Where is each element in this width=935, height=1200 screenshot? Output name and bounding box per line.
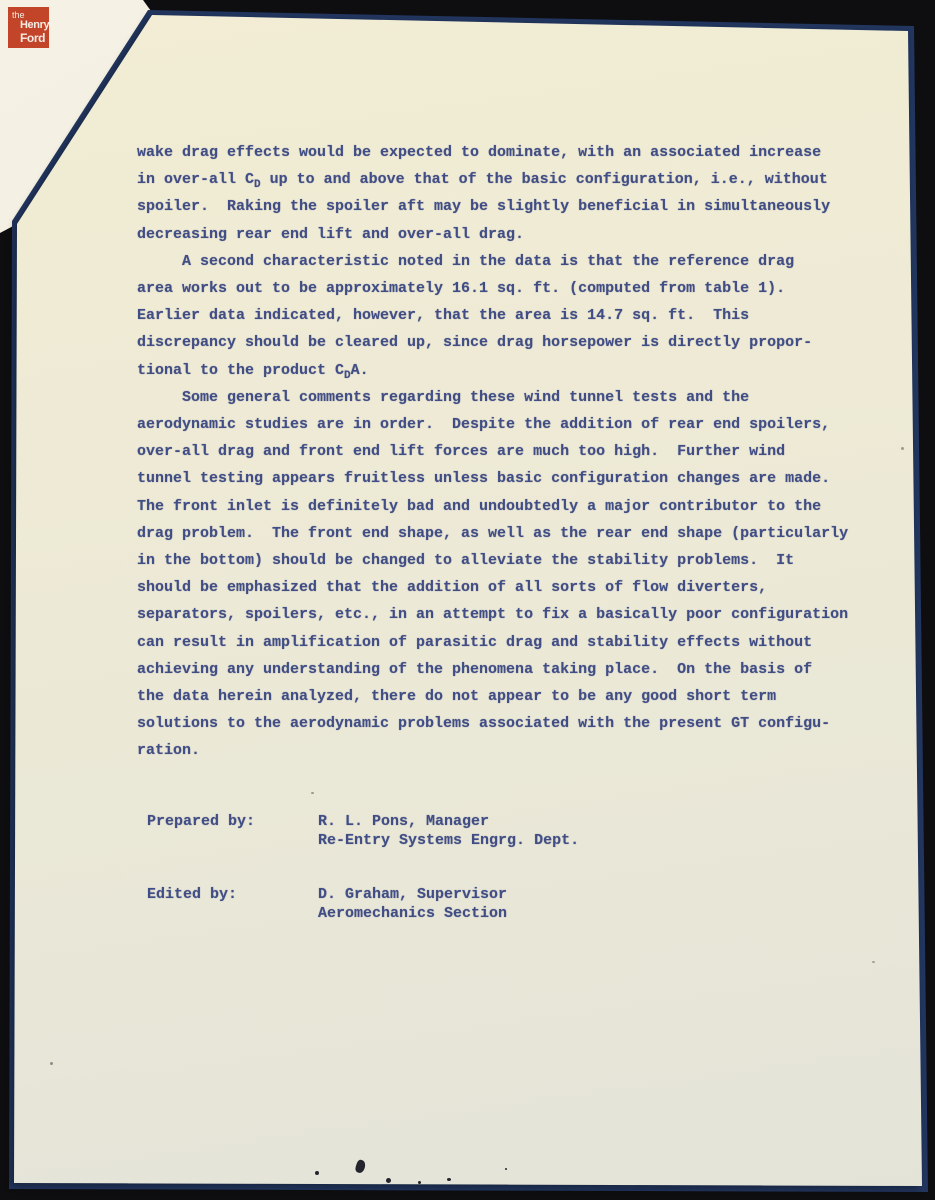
ink-speck: [872, 961, 875, 963]
page-shadow-wrap: wake drag effects would be expected to d…: [0, 0, 935, 1200]
document-body-text: wake drag effects would be expected to d…: [137, 139, 848, 765]
text-line: achieving any understanding of the pheno…: [137, 656, 848, 683]
logo-word-henry: Henry: [20, 20, 49, 31]
text-line: over-all drag and front end lift forces …: [137, 438, 848, 465]
ink-speck: [354, 1159, 367, 1174]
edited-by-block: Edited by: D. Graham, Supervisor Aeromec…: [147, 886, 507, 923]
text-line: in the bottom) should be changed to alle…: [137, 547, 848, 574]
text-line: A second characteristic noted in the dat…: [137, 248, 848, 275]
ink-speck: [50, 1062, 53, 1065]
scanned-document-screenshot: { "branding": { "logo": { "the": "the", …: [0, 0, 935, 1200]
text-line: Prepared by: R. L. Pons, Manager: [147, 813, 579, 832]
text-line: aerodynamic studies are in order. Despit…: [137, 411, 848, 438]
text-line: area works out to be approximately 16.1 …: [137, 275, 848, 302]
ink-speck: [315, 1171, 319, 1175]
text-line: solutions to the aerodynamic problems as…: [137, 710, 848, 737]
logo-word-ford: Ford: [20, 32, 45, 44]
text-line: spoiler. Raking the spoiler aft may be s…: [137, 193, 848, 220]
ink-speck: [311, 792, 314, 794]
ink-speck: [901, 447, 904, 450]
ink-speck: [447, 1178, 451, 1181]
text-line: in over-all CD up to and above that of t…: [137, 166, 848, 193]
text-line: discrepancy should be cleared up, since …: [137, 329, 848, 356]
text-line: Edited by: D. Graham, Supervisor: [147, 886, 507, 905]
text-line: drag problem. The front end shape, as we…: [137, 520, 848, 547]
text-line: Earlier data indicated, however, that th…: [137, 302, 848, 329]
text-line: wake drag effects would be expected to d…: [137, 139, 848, 166]
text-line: decreasing rear end lift and over-all dr…: [137, 221, 848, 248]
ink-speck: [386, 1178, 391, 1183]
henry-ford-logo: the Henry Ford: [8, 7, 49, 48]
text-line: separators, spoilers, etc., in an attemp…: [137, 601, 848, 628]
text-line: Some general comments regarding these wi…: [137, 384, 848, 411]
text-line: Re-Entry Systems Engrg. Dept.: [147, 832, 579, 851]
ink-speck: [505, 1168, 507, 1170]
text-line: Aeromechanics Section: [147, 905, 507, 924]
text-line: tunnel testing appears fruitless unless …: [137, 465, 848, 492]
text-line: can result in amplification of parasitic…: [137, 629, 848, 656]
text-line: should be emphasized that the addition o…: [137, 574, 848, 601]
ink-speck: [418, 1181, 421, 1184]
text-line: the data herein analyzed, there do not a…: [137, 683, 848, 710]
prepared-by-block: Prepared by: R. L. Pons, Manager Re-Entr…: [147, 813, 579, 850]
text-line: The front inlet is definitely bad and un…: [137, 493, 848, 520]
text-line: tional to the product CDA.: [137, 357, 848, 384]
text-line: ration.: [137, 737, 848, 764]
typewritten-page: wake drag effects would be expected to d…: [0, 0, 935, 1200]
